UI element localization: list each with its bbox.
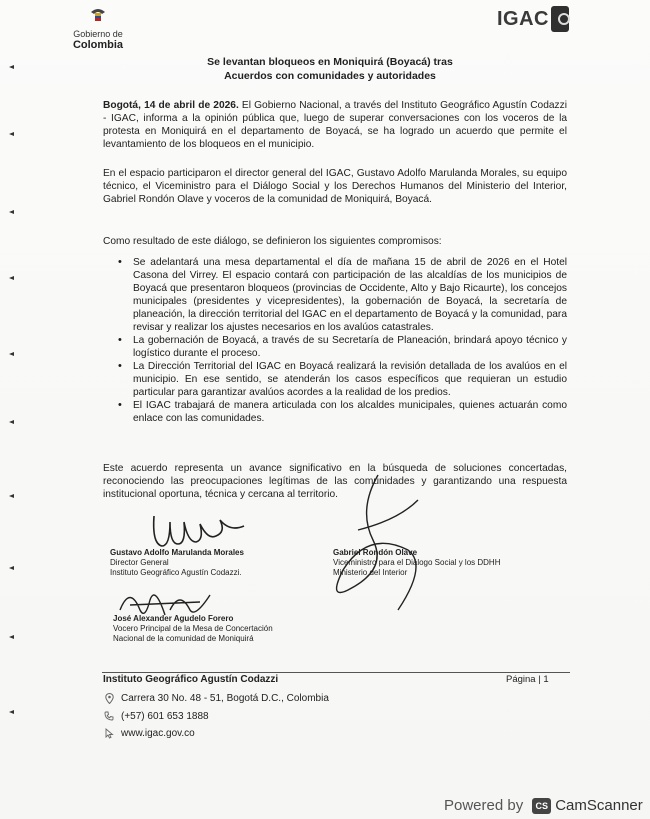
signatory-title: Viceministro para el Diálogo Social y lo… — [333, 558, 500, 568]
margin-arrow-icon — [9, 210, 14, 214]
dateline: Bogotá, 14 de abril de 2026. — [103, 100, 239, 111]
commitments-list: Se adelantará una mesa departamental el … — [118, 256, 567, 425]
camscanner-brand: CamScanner — [555, 797, 643, 814]
margin-arrow-icon — [9, 132, 14, 136]
footer-divider — [102, 672, 570, 673]
paragraph-intro: Bogotá, 14 de abril de 2026. El Gobierno… — [103, 99, 567, 151]
signature-scribble-viceminister — [318, 470, 438, 620]
footer-address-text: Carrera 30 No. 48 - 51, Bogotá D.C., Col… — [121, 693, 329, 704]
margin-arrow-icon — [9, 635, 14, 639]
location-pin-icon — [103, 692, 115, 704]
signatory-title: Vocero Principal de la Mesa de Concertac… — [113, 624, 273, 634]
margin-arrow-icon — [9, 420, 14, 424]
signatory-name: Gabriel Rondón Olave — [333, 548, 500, 558]
list-item: La gobernación de Boyacá, a través de su… — [118, 334, 567, 360]
footer-phone: (+57) 601 653 1888 — [103, 710, 209, 722]
list-item: Se adelantará una mesa departamental el … — [118, 256, 567, 334]
signatory-organization: Instituto Geográfico Agustín Codazzi. — [110, 568, 244, 578]
list-item: El IGAC trabajará de manera articulada c… — [118, 399, 567, 425]
gov-logo-line1: Gobierno de — [58, 30, 138, 39]
footer-website-link[interactable]: www.igac.gov.co — [121, 728, 195, 739]
margin-arrow-icon — [9, 276, 14, 280]
signatory-organization: Nacional de la comunidad de Moniquirá — [113, 634, 273, 644]
camscanner-watermark: Powered by CS CamScanner — [444, 797, 643, 814]
title-line1: Se levantan bloqueos en Moniquirá (Boyac… — [100, 55, 560, 69]
powered-by-text: Powered by — [444, 797, 523, 814]
page-number: Página | 1 — [506, 674, 549, 685]
margin-arrow-icon — [9, 65, 14, 69]
paragraph-participants: En el espacio participaron el director g… — [103, 167, 567, 206]
colombia-crest-icon — [87, 6, 109, 24]
margin-arrow-icon — [9, 566, 14, 570]
web-cursor-icon — [103, 727, 115, 739]
signatory-organization: Ministerio del Interior — [333, 568, 500, 578]
list-item: La Dirección Territorial del IGAC en Boy… — [118, 360, 567, 399]
margin-arrow-icon — [9, 710, 14, 714]
gobierno-de-colombia-logo: Gobierno de Colombia — [58, 6, 138, 51]
signatory-name: José Alexander Agudelo Forero — [113, 614, 273, 624]
footer-address: Carrera 30 No. 48 - 51, Bogotá D.C., Col… — [103, 692, 329, 704]
signature-block-viceminister: Gabriel Rondón Olave Viceministro para e… — [333, 548, 500, 578]
signature-block-director: Gustavo Adolfo Marulanda Morales Directo… — [110, 548, 244, 578]
phone-icon — [103, 710, 115, 722]
igac-logo-text: IGAC — [497, 8, 549, 31]
signature-block-spokesperson: José Alexander Agudelo Forero Vocero Pri… — [113, 614, 273, 644]
gov-logo-line2: Colombia — [58, 39, 138, 51]
signatory-title: Director General — [110, 558, 244, 568]
footer-phone-text: (+57) 601 653 1888 — [121, 711, 209, 722]
camscanner-logo-icon: CS — [532, 798, 551, 814]
footer-website[interactable]: www.igac.gov.co — [103, 727, 195, 739]
igac-logo: IGAC — [497, 4, 569, 34]
scanned-document-page: Gobierno de Colombia IGAC Se levantan bl… — [0, 0, 650, 819]
footer-organization: Instituto Geográfico Agustín Codazzi — [103, 674, 278, 685]
signature-scribble-director — [148, 506, 258, 554]
margin-arrow-icon — [9, 494, 14, 498]
document-title: Se levantan bloqueos en Moniquirá (Boyac… — [100, 55, 560, 83]
signatory-name: Gustavo Adolfo Marulanda Morales — [110, 548, 244, 558]
paragraph-commitments-intro: Como resultado de este diálogo, se defin… — [103, 235, 567, 248]
margin-arrow-icon — [9, 352, 14, 356]
igac-emblem-icon — [551, 6, 569, 32]
title-line2: Acuerdos con comunidades y autoridades — [100, 69, 560, 83]
